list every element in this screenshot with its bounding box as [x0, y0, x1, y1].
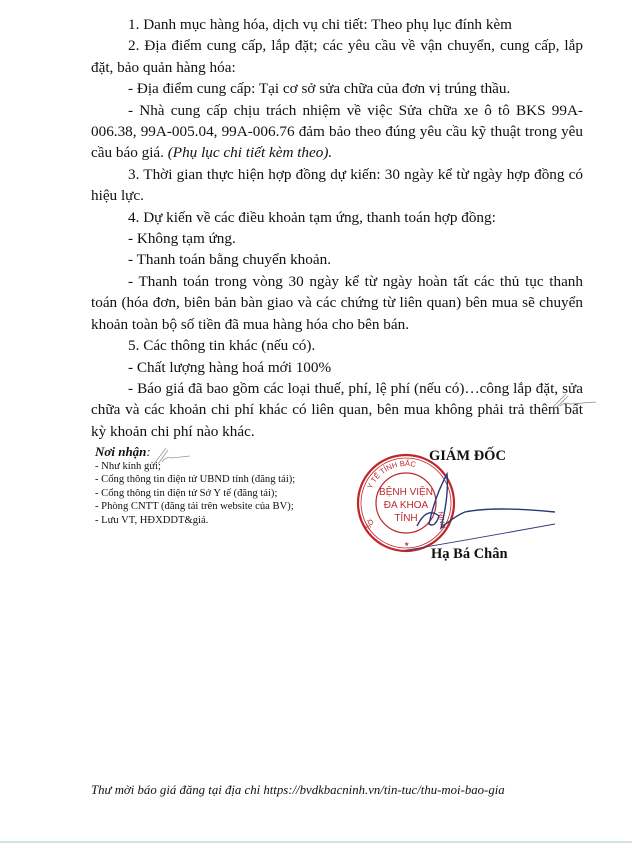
quality-note: - Chất lượng hàng hoá mới 100% — [91, 357, 583, 378]
recipient-item: - Cổng thông tin điện tử UBND tỉnh (đăng… — [95, 473, 355, 487]
recipient-item: - Như kính gửi; — [95, 460, 355, 474]
recipient-item: - Cổng thông tin điện tử Sở Y tế (đăng t… — [95, 487, 355, 501]
recipients-title: Nơi nhận: — [95, 445, 355, 459]
supplier-responsibility: - Nhà cung cấp chịu trách nhiệm về việc … — [91, 100, 583, 164]
recipients-block: Nơi nhận: - Như kính gửi; - Cổng thông t… — [95, 445, 355, 527]
recipient-item: - Lưu VT, HĐXDDT&giá. — [95, 514, 355, 528]
item-2-delivery-location: 2. Địa điểm cung cấp, lắp đặt; các yêu c… — [91, 35, 583, 78]
appendix-note: (Phụ lục chi tiết kèm theo). — [168, 144, 332, 161]
initial-scribble-icon — [548, 388, 598, 412]
document-body: 1. Danh mục hàng hóa, dịch vụ chi tiết: … — [91, 14, 583, 442]
item-5-other-info: 5. Các thông tin khác (nếu có). — [91, 335, 583, 356]
item-1-goods-list: 1. Danh mục hàng hóa, dịch vụ chi tiết: … — [91, 14, 583, 35]
document-page: 1. Danh mục hàng hóa, dịch vụ chi tiết: … — [0, 0, 632, 843]
signer-title: GIÁM ĐỐC — [429, 448, 506, 465]
recipient-initial-scribble-icon — [152, 444, 192, 466]
bank-transfer: - Thanh toán bằng chuyển khoản. — [91, 249, 583, 270]
item-3-contract-duration: 3. Thời gian thực hiện hợp đồng dự kiến:… — [91, 164, 583, 207]
no-advance: - Không tạm ứng. — [91, 228, 583, 249]
price-inclusion-note: - Báo giá đã bao gồm các loại thuế, phí,… — [91, 378, 583, 442]
supplier-responsibility-text: - Nhà cung cấp chịu trách nhiệm về việc … — [91, 102, 583, 162]
signer-name: Hạ Bá Chân — [431, 546, 508, 563]
signature-block: Y TẾ TỈNH BẮC NINH SỞ BỆNH VIỆN ĐA KHOA … — [355, 446, 555, 566]
payment-deadline: - Thanh toán trong vòng 30 ngày kể từ ng… — [91, 271, 583, 335]
footer-note: Thư mời báo giá đăng tại địa chỉ https:/… — [91, 783, 505, 798]
item-4-payment-terms: 4. Dự kiến về các điều khoản tạm ứng, th… — [91, 207, 583, 228]
recipient-item: - Phòng CNTT (đăng tải trên website của … — [95, 500, 355, 514]
handwritten-signature-icon — [405, 466, 555, 556]
delivery-location-detail: - Địa điểm cung cấp: Tại cơ sở sửa chữa … — [91, 78, 583, 99]
